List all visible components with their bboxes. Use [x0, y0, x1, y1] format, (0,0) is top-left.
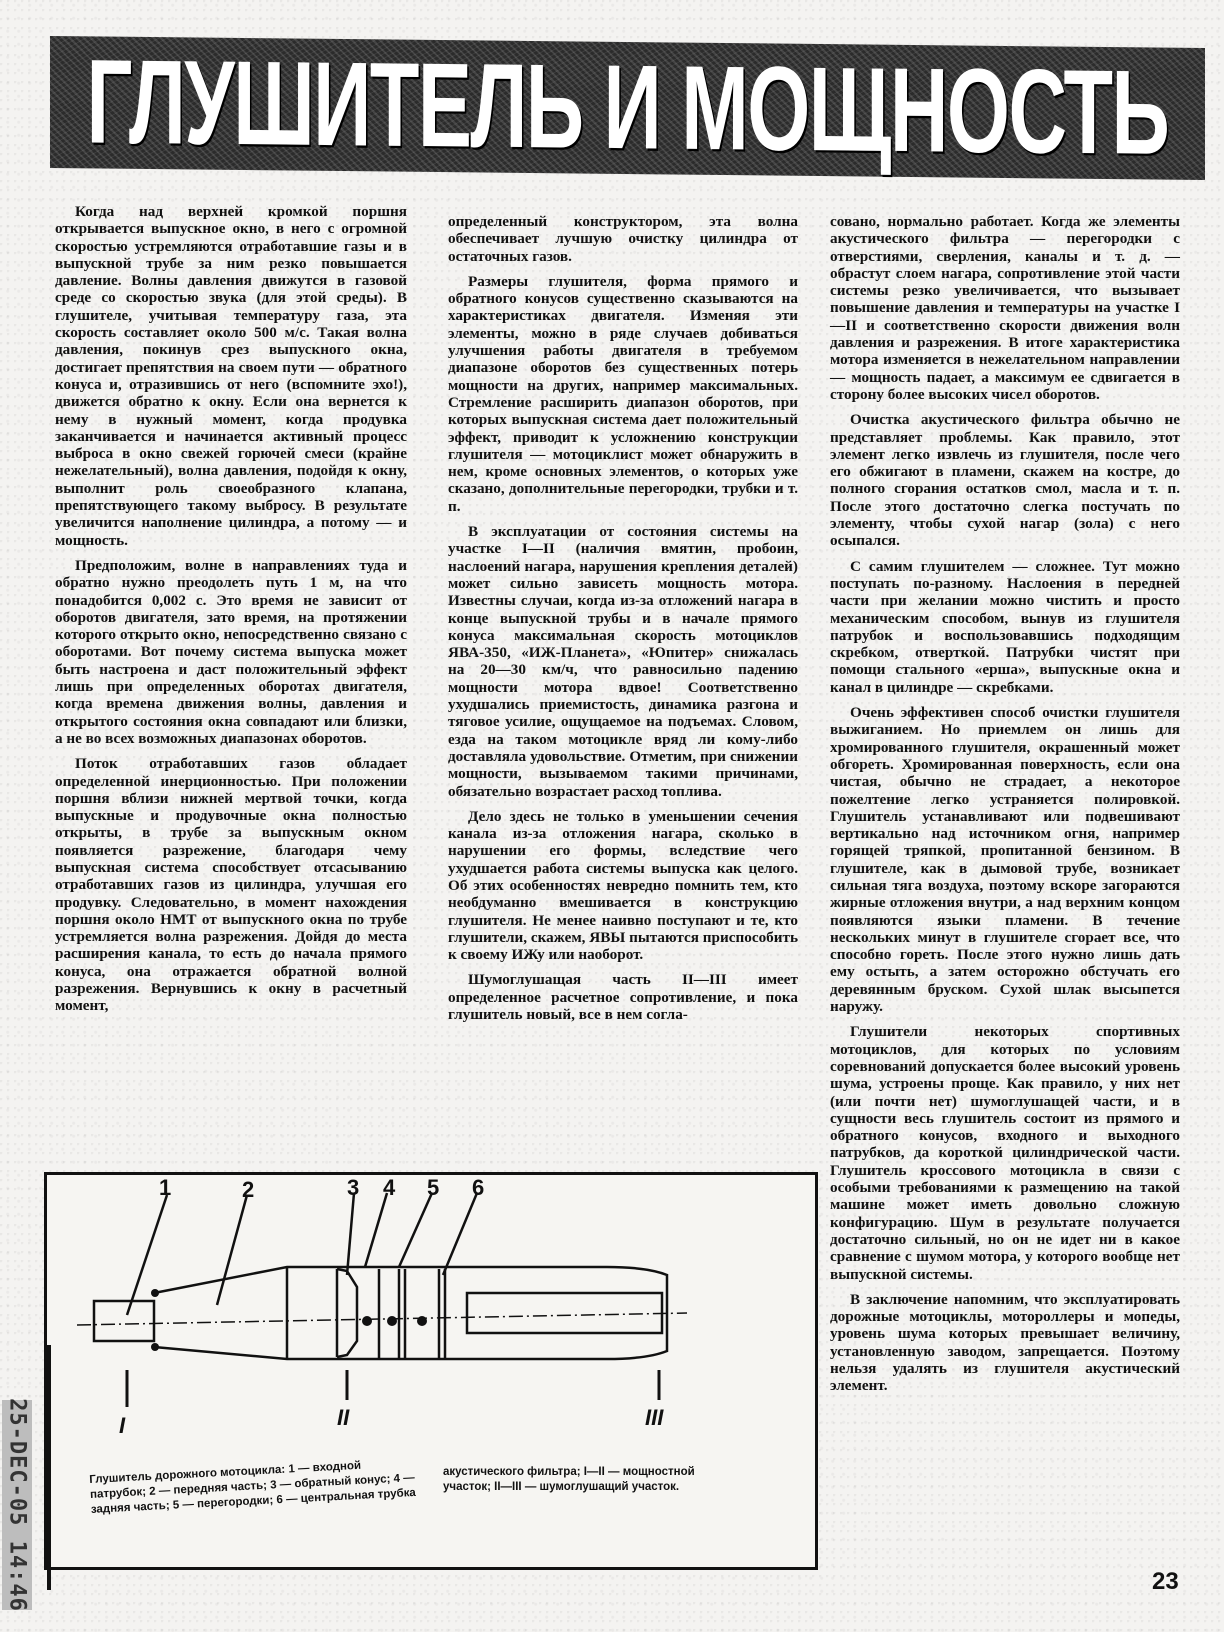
paragraph: В эксплуатации от состояния системы на у… — [448, 523, 798, 800]
paragraph: Предположим, волне в направлениях туда и… — [55, 557, 407, 747]
part-label-4: 4 — [383, 1175, 396, 1200]
paragraph: Шумоглушащая часть II—III имеет определе… — [448, 971, 798, 1023]
page-number: 23 — [1152, 1568, 1179, 1596]
paragraph: определенный конструктором, эта волна об… — [448, 213, 798, 265]
title-banner: ГЛУШИТЕЛЬ И МОЩНОСТЬ — [50, 36, 1205, 180]
text-column-2: определенный конструктором, эта волна об… — [448, 213, 798, 1031]
paragraph: Размеры глушителя, форма прямого и обрат… — [448, 273, 798, 515]
paragraph: Поток отработавших газов обладает опреде… — [55, 755, 407, 1014]
part-label-3: 3 — [347, 1175, 359, 1200]
inlet-pipe-shape — [94, 1301, 154, 1341]
part-label-2: 2 — [242, 1177, 254, 1202]
paragraph: Когда над верхней кромкой поршня открыва… — [55, 203, 407, 549]
figure-caption-right: акустического фильтра; I—II — мощностной… — [443, 1465, 743, 1495]
paragraph: В заключение напомним, что эксплуатирова… — [830, 1291, 1180, 1395]
text-column-3: совано, нормально работает. Когда же эле… — [830, 213, 1180, 1403]
part-label-5: 5 — [427, 1175, 439, 1200]
section-marker-III: III — [645, 1405, 664, 1430]
paragraph: совано, нормально работает. Когда же эле… — [830, 213, 1180, 403]
muffler-diagram: 1 2 3 4 5 6 I II III Глушитель дорожного… — [44, 1172, 818, 1570]
part-label-6: 6 — [472, 1175, 484, 1200]
section-marker-I: I — [119, 1413, 126, 1438]
paragraph: Глушители некоторых спортивных мотоцикло… — [830, 1023, 1180, 1282]
paragraph: Очистка акустического фильтра обычно не … — [830, 411, 1180, 549]
scan-timestamp: 25-DEC-05 14:46 — [5, 1398, 30, 1612]
paragraph: С самим глушителем — сложнее. Тут можно … — [830, 558, 1180, 696]
section-marker-II: II — [337, 1405, 350, 1430]
page-title: ГЛУШИТЕЛЬ И МОЩНОСТЬ — [87, 34, 1169, 182]
text-column-1: Когда над верхней кромкой поршня открыва… — [55, 203, 407, 1023]
scan-edge-line — [47, 1345, 51, 1590]
paragraph: Дело здесь не только в уменьшении сечени… — [448, 808, 798, 964]
paragraph: Очень эффективен способ очистки глушител… — [830, 704, 1180, 1015]
part-label-1: 1 — [159, 1175, 171, 1200]
scan-timestamp-stamp: 25-DEC-05 14:46 — [2, 1400, 32, 1610]
